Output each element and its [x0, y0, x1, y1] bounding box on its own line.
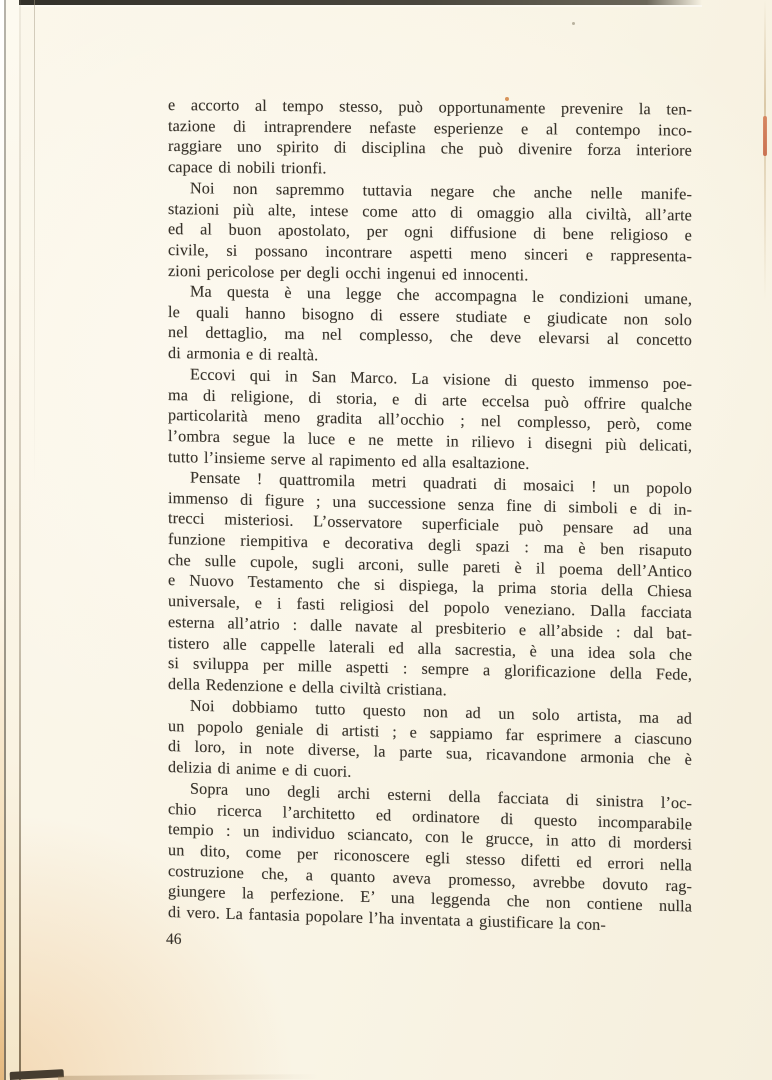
scanned-book-page: e accorto al tempo stesso, può opportuna… [0, 0, 772, 1080]
left-page-stack-line-2 [19, 0, 21, 1080]
bottom-left-book-edge [10, 1069, 64, 1080]
paragraph: Noi dobbiamo tutto questo non ad un solo… [168, 695, 692, 791]
paragraph: Eccovi qui in San Marco. La visione di q… [168, 364, 692, 477]
paragraph: Sopra uno degli archi esterni della facc… [168, 778, 692, 938]
paragraph: Pensate ! quattromila metri quadrati di … [168, 467, 692, 706]
bottom-edge-smudge [58, 1074, 318, 1080]
page-text: e accorto al tempo stesso, può opportuna… [168, 95, 692, 923]
paper-speck-gray [572, 22, 575, 25]
left-page-stack-line-3 [34, 0, 35, 486]
paragraph: Noi non sapremmo tuttavia negare che anc… [168, 178, 692, 288]
right-edge-red-mark [763, 116, 767, 156]
paragraph: Ma questa è una legge che accompagna le … [168, 281, 692, 372]
paragraph: e accorto al tempo stesso, può opportuna… [168, 95, 692, 182]
left-page-stack-strip-2 [6, 0, 19, 1080]
page-number: 46 [166, 931, 182, 949]
scan-top-edge-highlight [10, 5, 702, 7]
